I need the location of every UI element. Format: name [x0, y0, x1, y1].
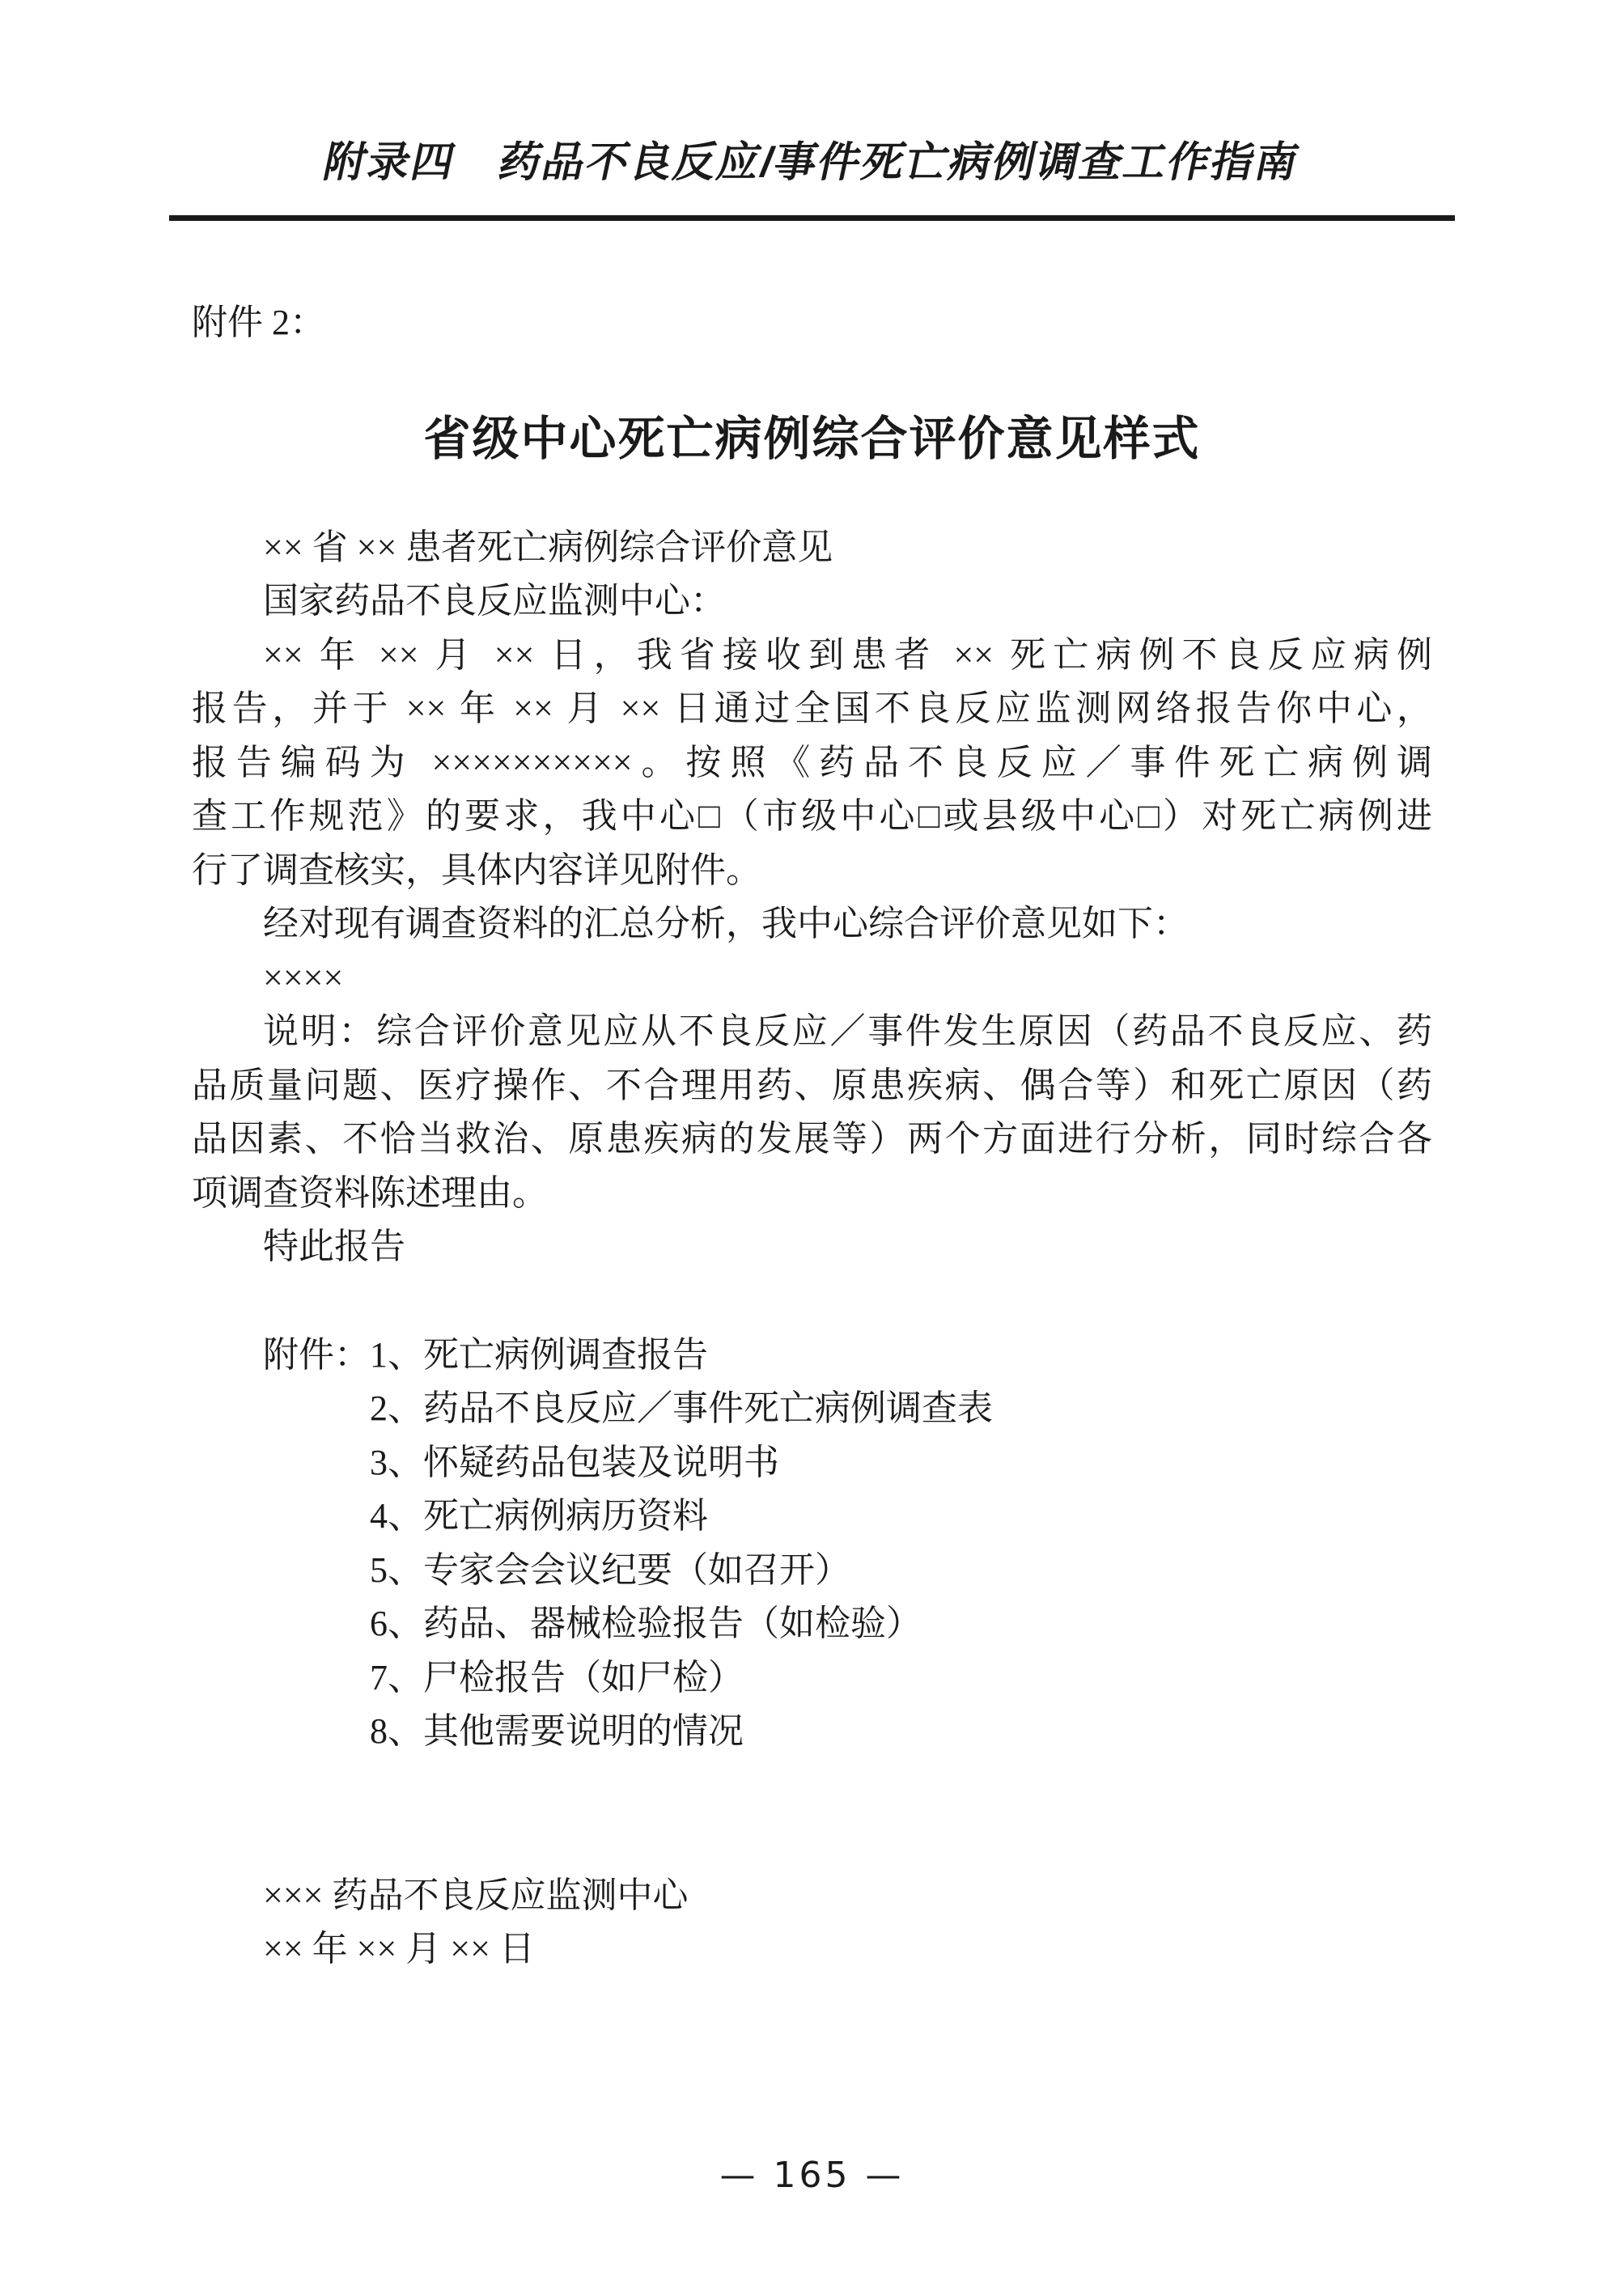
body-line: 报告，并于 ×× 年 ×× 月 ×× 日通过全国不良反应监测网络报告你中心，: [192, 682, 1432, 736]
page-number: — 165 —: [0, 2149, 1624, 2202]
body-line: 查工作规范》的要求，我中心□（市级中心□或县级中心□）对死亡病例进: [192, 790, 1432, 844]
document-page: 附录四 药品不良反应/事件死亡病例调查工作指南 附件 2： 省级中心死亡病例综合…: [0, 0, 1624, 2293]
body-line: 报告编码为 ××××××××××。按照《药品不良反应／事件死亡病例调: [192, 736, 1432, 790]
attachment-list: 附件：1、死亡病例调查报告 2、药品不良反应／事件死亡病例调查表 3、怀疑药品包…: [192, 1329, 1432, 1759]
body-line: 行了调查核实，具体内容详见附件。: [192, 844, 1432, 898]
signature-org: ××× 药品不良反应监测中心: [192, 1869, 1432, 1923]
attachment-item: 2、药品不良反应／事件死亡病例调查表: [370, 1382, 1432, 1436]
document-title: 省级中心死亡病例综合评价意见样式: [192, 410, 1432, 468]
attachment-number: 附件 2：: [192, 296, 1432, 350]
body-line: 项调查资料陈述理由。: [192, 1167, 1432, 1221]
body-line: 经对现有调查资料的汇总分析，我中心综合评价意见如下：: [192, 897, 1432, 952]
body-line: 特此报告: [192, 1220, 1432, 1274]
body-line: ×× 年 ×× 月 ×× 日，我省接收到患者 ×× 死亡病例不良反应病例: [192, 629, 1432, 683]
attachment-item: 5、专家会会议纪要（如召开）: [370, 1544, 1432, 1598]
attachment-item: 8、其他需要说明的情况: [370, 1705, 1432, 1759]
body-line: 品因素、不恰当救治、原患疾病的发展等）两个方面进行分析，同时综合各: [192, 1113, 1432, 1167]
attachment-item: 6、药品、器械检验报告（如检验）: [370, 1597, 1432, 1651]
running-header: 附录四 药品不良反应/事件死亡病例调查工作指南: [192, 138, 1432, 188]
body-line: ××××: [192, 952, 1432, 1006]
attachment-item: 4、死亡病例病历资料: [370, 1490, 1432, 1544]
attachment-list-first-line: 附件：1、死亡病例调查报告: [192, 1329, 1432, 1383]
body-text: ×× 省 ×× 患者死亡病例综合评价意见 国家药品不良反应监测中心： ×× 年 …: [192, 521, 1432, 1274]
body-line: ×× 省 ×× 患者死亡病例综合评价意见: [192, 521, 1432, 575]
running-header-text: 附录四 药品不良反应/事件死亡病例调查工作指南: [320, 138, 1305, 188]
body-line: 说明：综合评价意见应从不良反应／事件发生原因（药品不良反应、药: [192, 1005, 1432, 1059]
body-line: 品质量问题、医疗操作、不合理用药、原患疾病、偶合等）和死亡原因（药: [192, 1059, 1432, 1113]
attachment-item: 7、尸检报告（如尸检）: [370, 1651, 1432, 1706]
header-rule: [169, 215, 1455, 221]
signature-date: ×× 年 ×× 月 ×× 日: [192, 1922, 1432, 1977]
signature-block: ××× 药品不良反应监测中心 ×× 年 ×× 月 ×× 日: [192, 1869, 1432, 1977]
body-line: 国家药品不良反应监测中心：: [192, 574, 1432, 629]
attachment-item: 3、怀疑药品包装及说明书: [370, 1436, 1432, 1490]
